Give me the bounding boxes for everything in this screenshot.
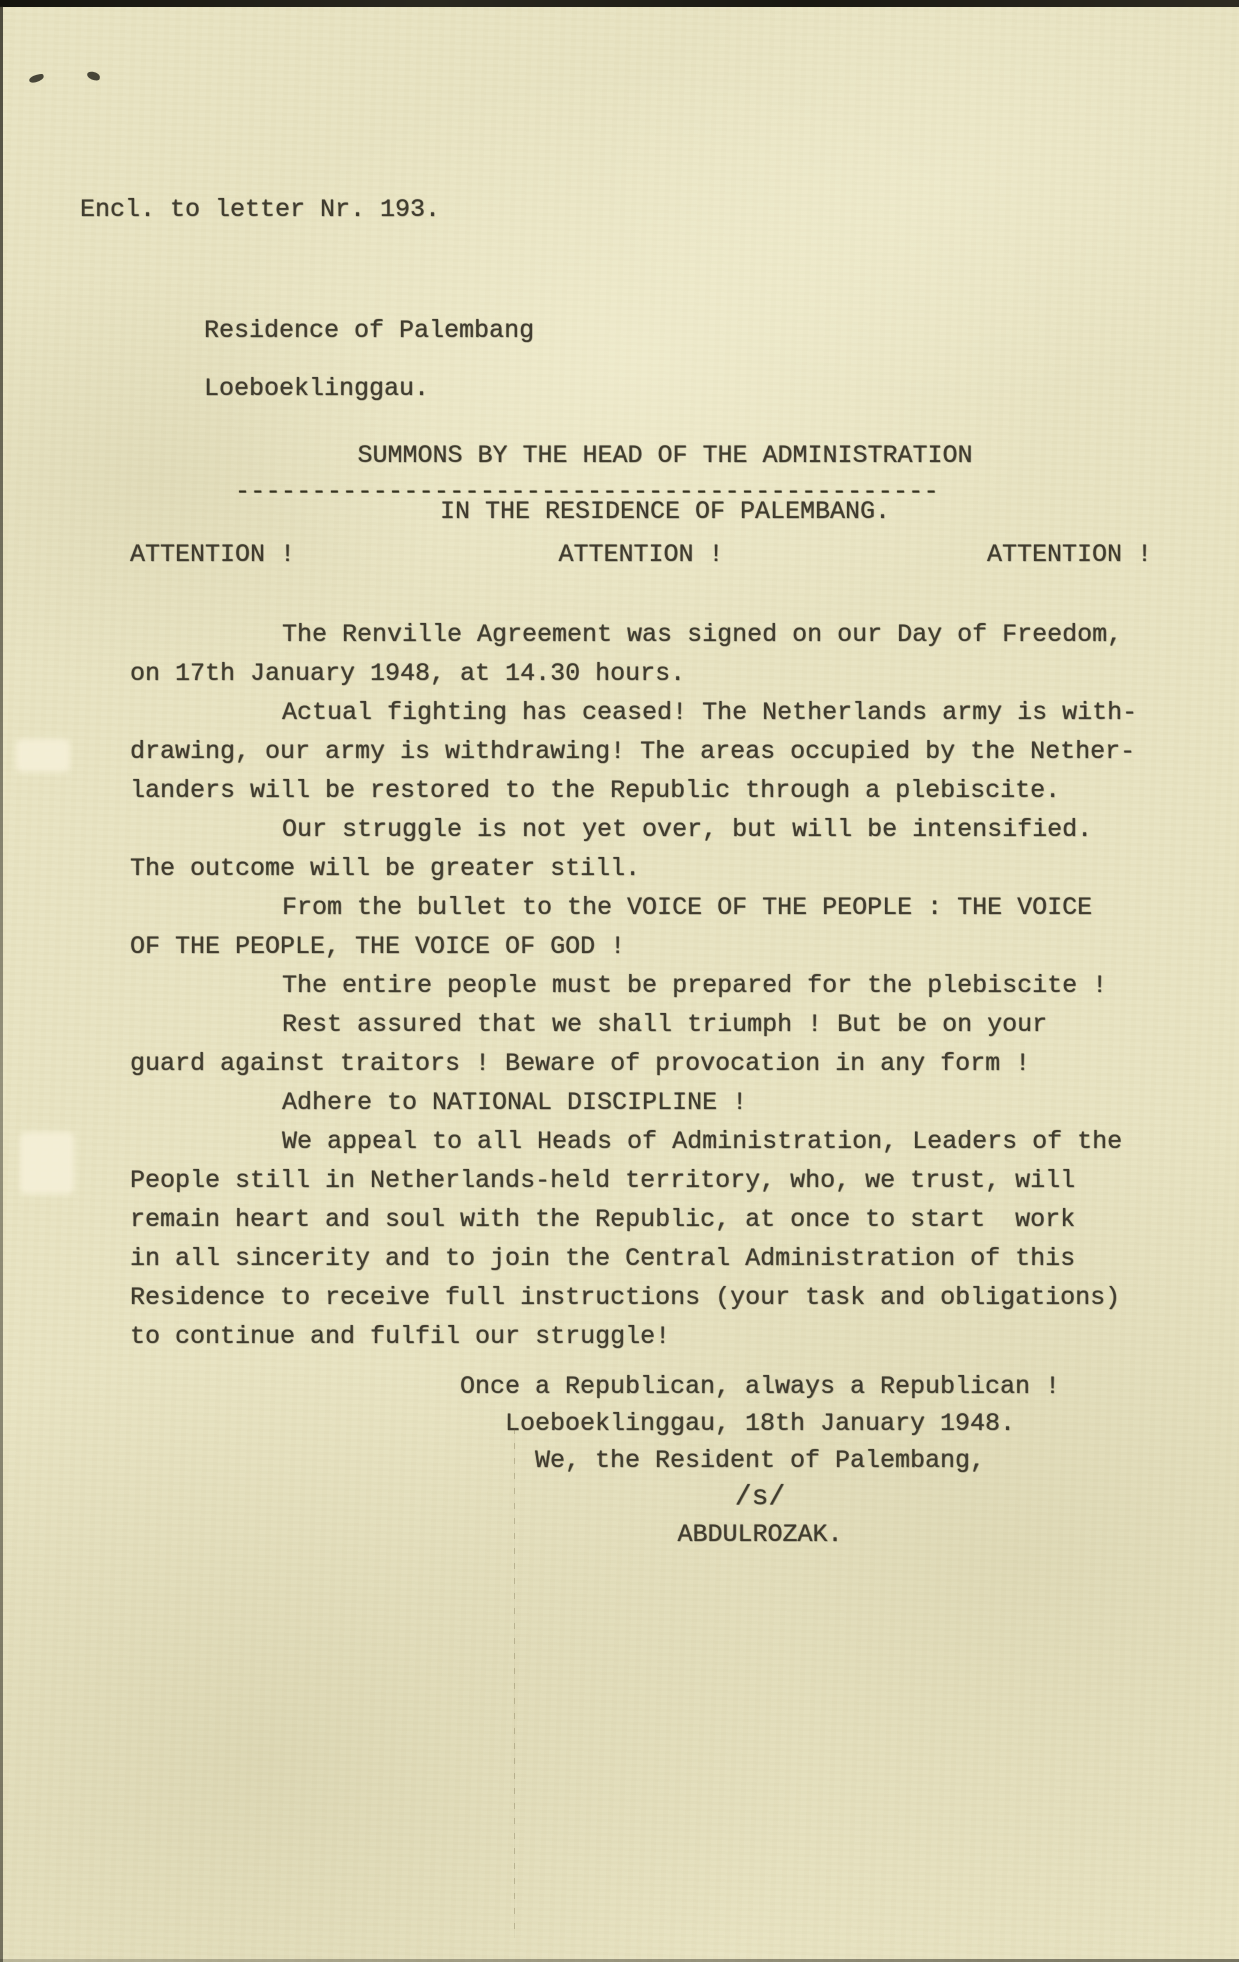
- body-line: on 17th January 1948, at 14.30 hours.: [130, 654, 1170, 693]
- sender-line-2: Loeboeklinggau.: [204, 374, 429, 403]
- body-line: guard against traitors ! Beware of provo…: [130, 1044, 1170, 1083]
- attention-label-2: ATTENTION !: [558, 541, 723, 569]
- body-line: Adhere to NATIONAL DISCIPLINE !: [130, 1083, 1170, 1122]
- body-line: Our struggle is not yet over, but will b…: [130, 810, 1170, 849]
- dashed-separator: ----------------------------------------…: [235, 478, 939, 506]
- body-line: The entire people must be prepared for t…: [130, 966, 1170, 1005]
- paper-crease: [514, 1428, 515, 1938]
- body-line: The outcome will be greater still.: [130, 849, 1170, 888]
- scan-edge-top: [0, 0, 1239, 7]
- body-line: to continue and fulfil our struggle!: [130, 1317, 1170, 1356]
- title-line-1: SUMMONS BY THE HEAD OF THE ADMINISTRATIO…: [357, 441, 972, 470]
- body-line: remain heart and soul with the Republic,…: [130, 1200, 1170, 1239]
- scanned-letter-page: Encl. to letter Nr. 193. Residence of Pa…: [0, 0, 1239, 1962]
- enclosure-note: Encl. to letter Nr. 193.: [80, 196, 440, 224]
- body-line: From the bullet to the VOICE OF THE PEOP…: [130, 888, 1170, 927]
- body-line: landers will be restored to the Republic…: [130, 771, 1170, 810]
- signatory-name: ABDULROZAK.: [380, 1516, 1140, 1553]
- letter-body: The Renville Agreement was signed on our…: [130, 615, 1170, 1356]
- signature-mark: /s/: [380, 1479, 1140, 1516]
- body-line: Actual fighting has ceased! The Netherla…: [130, 693, 1170, 732]
- attention-label-3: ATTENTION !: [987, 541, 1152, 569]
- body-line: OF THE PEOPLE, THE VOICE OF GOD !: [130, 927, 1170, 966]
- sender-address: Residence of Palembang Loeboeklinggau.: [144, 287, 534, 432]
- body-line: Rest assured that we shall triumph ! But…: [130, 1005, 1170, 1044]
- scan-edge-left: [0, 6, 3, 1962]
- paper-light-patch: [20, 1132, 74, 1194]
- sender-line-1: Residence of Palembang: [204, 316, 534, 345]
- closing-signatory-intro: We, the Resident of Palembang,: [380, 1442, 1140, 1479]
- closing-place-date: Loeboeklinggau, 18th January 1948.: [380, 1405, 1140, 1442]
- body-line: The Renville Agreement was signed on our…: [130, 615, 1170, 654]
- body-line: People still in Netherlands-held territo…: [130, 1161, 1170, 1200]
- attention-label-1: ATTENTION !: [130, 541, 295, 569]
- body-line: We appeal to all Heads of Administration…: [130, 1122, 1170, 1161]
- closing-block: Once a Republican, always a Republican !…: [380, 1368, 1140, 1553]
- ink-speck: [86, 71, 100, 81]
- body-line: in all sincerity and to join the Central…: [130, 1239, 1170, 1278]
- body-line: drawing, our army is withdrawing! The ar…: [130, 732, 1170, 771]
- ink-speck: [28, 73, 44, 83]
- closing-slogan: Once a Republican, always a Republican !: [380, 1368, 1140, 1405]
- body-line: Residence to receive full instructions (…: [130, 1278, 1170, 1317]
- attention-row: ATTENTION ! ATTENTION ! ATTENTION !: [130, 541, 1152, 569]
- paper-light-patch: [16, 739, 70, 772]
